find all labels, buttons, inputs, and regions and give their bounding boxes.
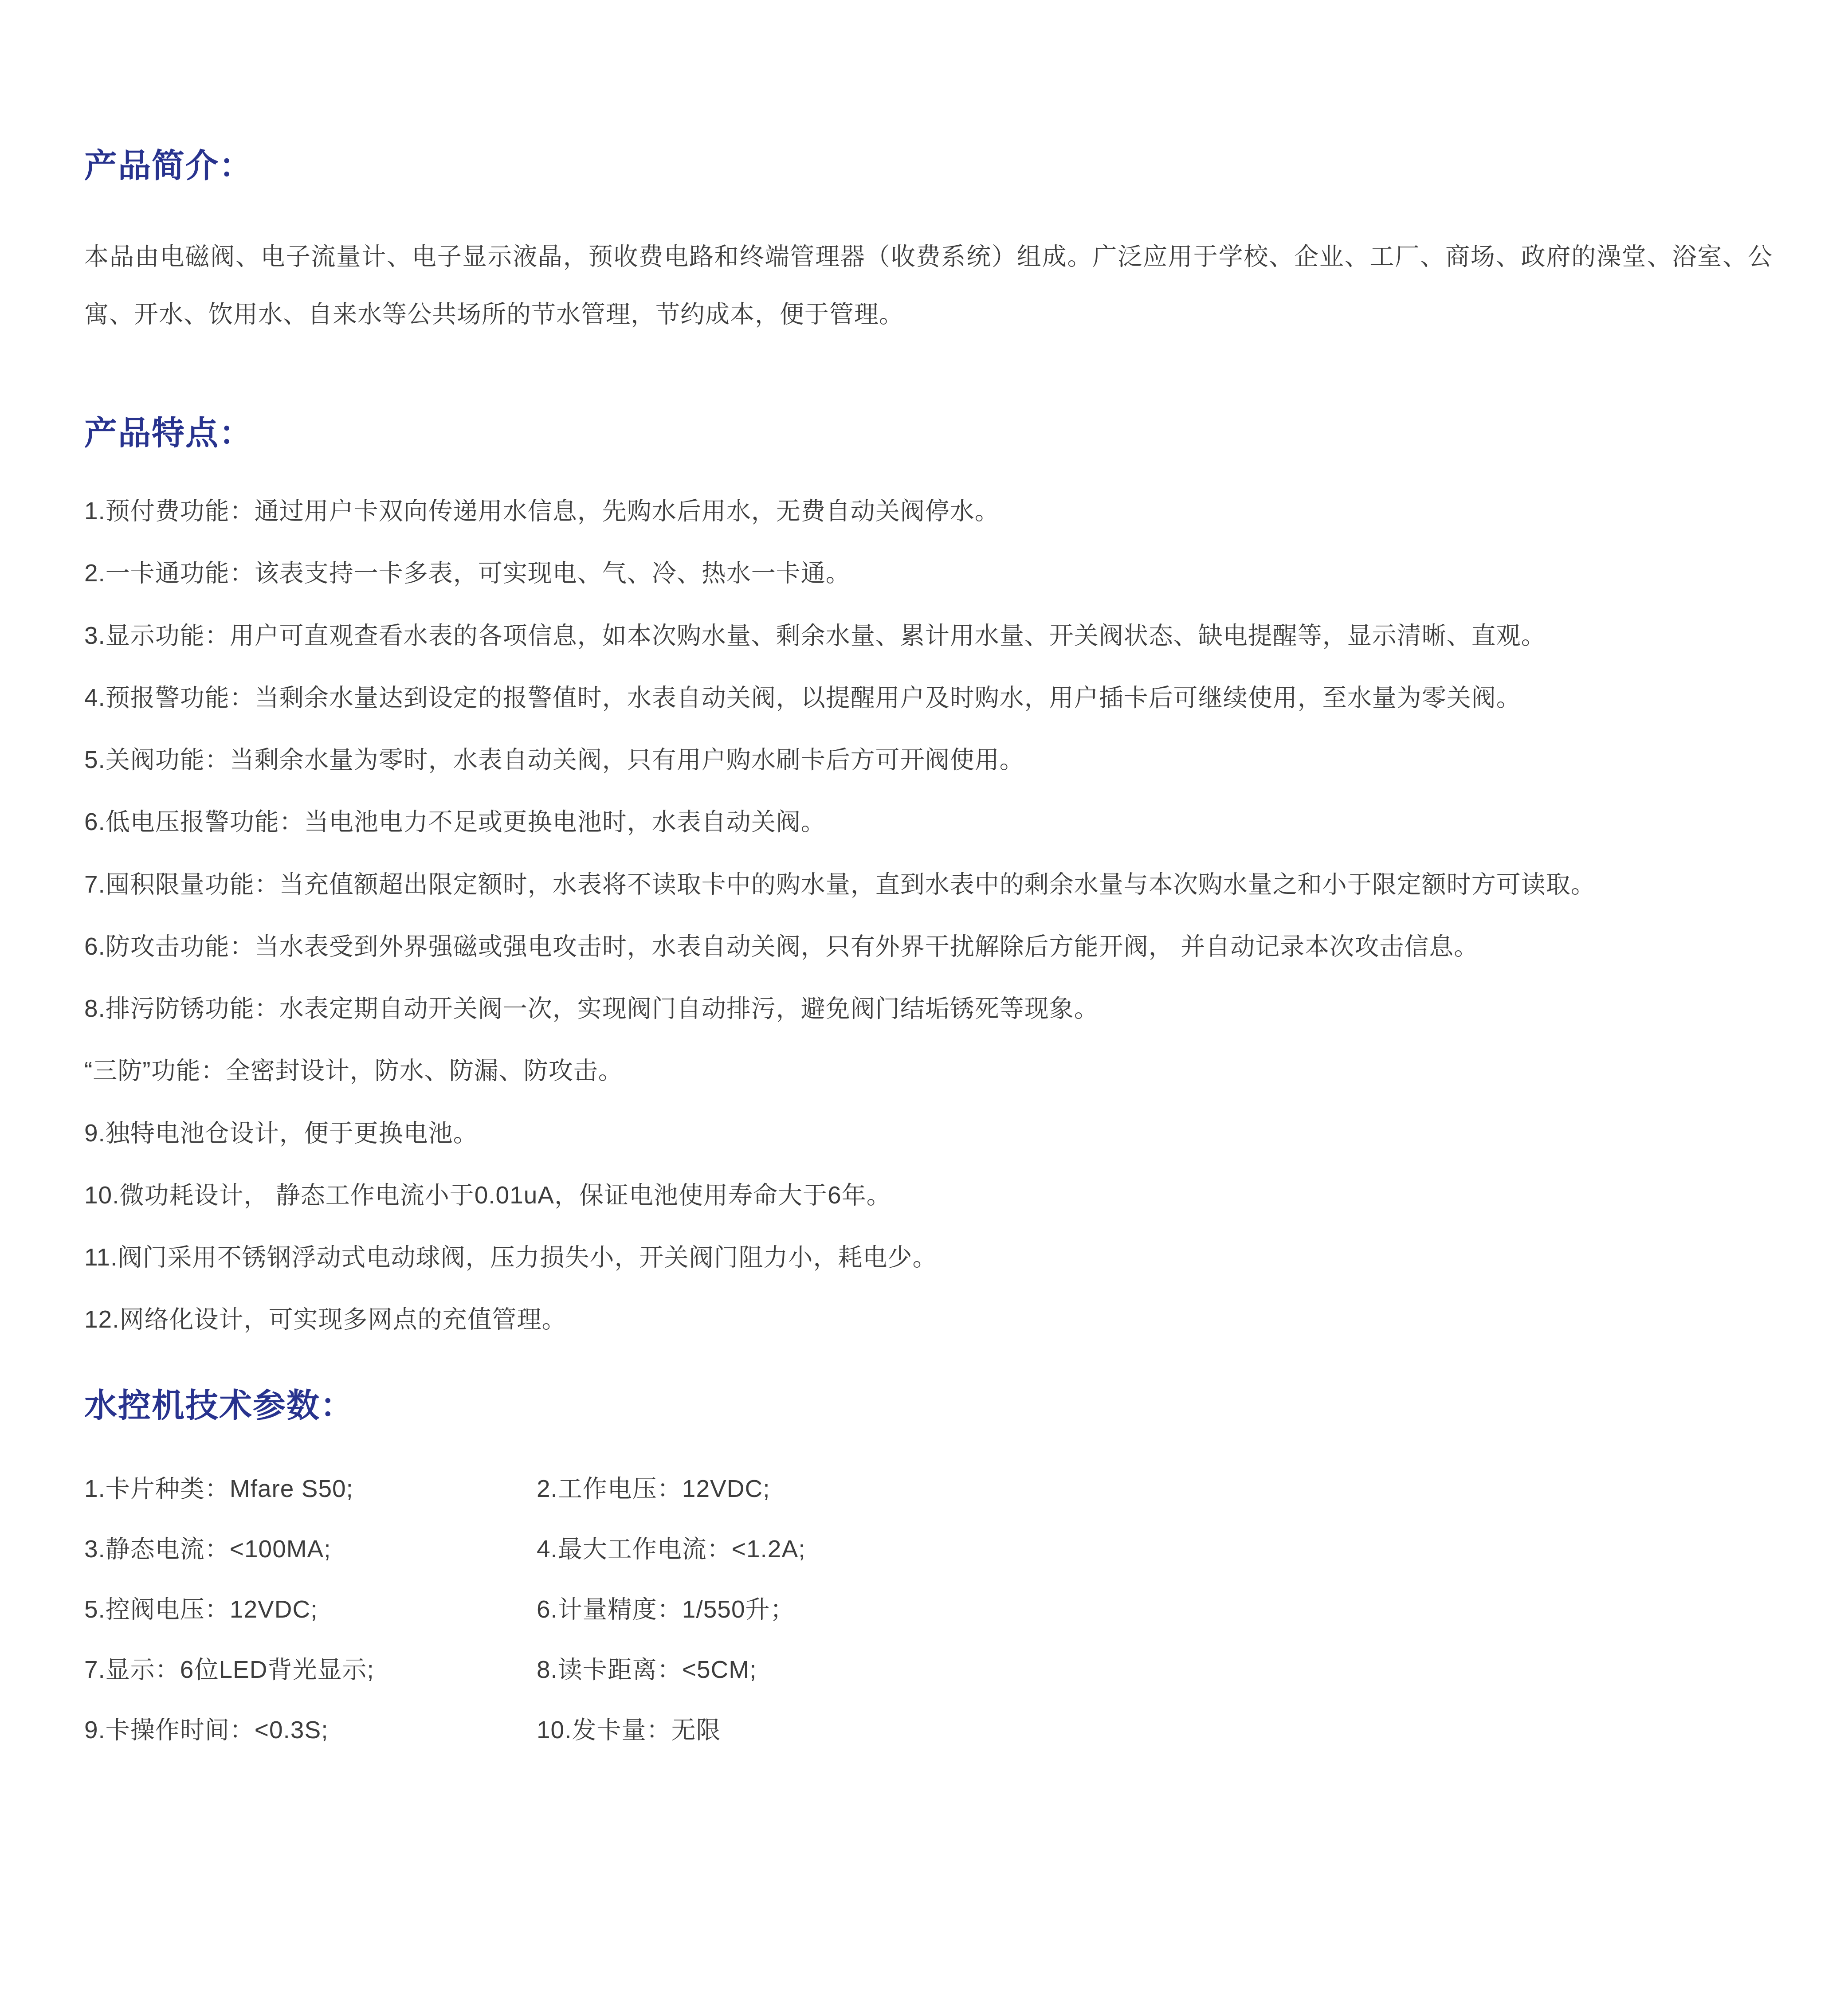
- spec-cell: 3.静态电流：<100MA;: [84, 1534, 537, 1563]
- feature-item: 12.网络化设计，可实现多网点的充值管理。: [84, 1288, 1773, 1350]
- feature-item: 7.囤积限量功能：当充值额超出限定额时，水表将不读取卡中的购水量，直到水表中的剩…: [84, 853, 1773, 915]
- spec-cell: 2.工作电压：12VDC;: [537, 1474, 1773, 1503]
- feature-item: 9.独特电池仓设计，便于更换电池。: [84, 1102, 1773, 1164]
- spec-cell: 9.卡操作时间：<0.3S;: [84, 1715, 537, 1744]
- specs-heading: 水控机技术参数：: [84, 1386, 1773, 1426]
- feature-item: 3.显示功能：用户可直观查看水表的各项信息，如本次购水量、剩余水量、累计用水量、…: [84, 604, 1773, 666]
- spec-cell: 1.卡片种类：Mfare S50;: [84, 1474, 537, 1503]
- spec-cell: 7.显示：6位LED背光显示;: [84, 1655, 537, 1684]
- spec-cell: 8.读卡距离：<5CM;: [537, 1655, 1773, 1684]
- intro-heading: 产品简介：: [84, 146, 1773, 186]
- feature-item: 4.预报警功能：当剩余水量达到设定的报警值时，水表自动关阀，以提醒用户及时购水，…: [84, 666, 1773, 729]
- spec-table: 1.卡片种类：Mfare S50; 2.工作电压：12VDC; 3.静态电流：<…: [84, 1474, 1773, 1744]
- spec-cell: 5.控阀电压：12VDC;: [84, 1595, 537, 1624]
- feature-item: 11.阀门采用不锈钢浮动式电动球阀，压力损失小，开关阀门阻力小，耗电少。: [84, 1226, 1773, 1288]
- spec-cell: 4.最大工作电流：<1.2A;: [537, 1534, 1773, 1563]
- feature-item: 6.防攻击功能：当水表受到外界强磁或强电攻击时，水表自动关阀，只有外界干扰解除后…: [84, 915, 1773, 977]
- feature-item: 5.关阀功能：当剩余水量为零时，水表自动关阀，只有用户购水刷卡后方可开阀使用。: [84, 729, 1773, 791]
- intro-paragraph: 本品由电磁阀、电子流量计、电子显示液晶，预收费电路和终端管理器（收费系统）组成。…: [84, 228, 1773, 343]
- feature-item: 2.一卡通功能：该表支持一卡多表，可实现电、气、冷、热水一卡通。: [84, 542, 1773, 604]
- feature-item: 6.低电压报警功能：当电池电力不足或更换电池时，水表自动关阀。: [84, 791, 1773, 853]
- product-document-page: { "colors": { "heading": "#28338e", "bod…: [0, 0, 1848, 2010]
- feature-item: 8.排污防锈功能：水表定期自动开关阀一次，实现阀门自动排污，避免阀门结垢锈死等现…: [84, 977, 1773, 1039]
- feature-item: 10.微功耗设计， 静态工作电流小于0.01uA，保证电池使用寿命大于6年。: [84, 1164, 1773, 1226]
- feature-item: 1.预付费功能：通过用户卡双向传递用水信息，先购水后用水，无费自动关阀停水。: [84, 480, 1773, 542]
- spec-cell: 10.发卡量：无限: [537, 1715, 1773, 1744]
- feature-item: “三防”功能：全密封设计，防水、防漏、防攻击。: [84, 1039, 1773, 1101]
- feature-list: 1.预付费功能：通过用户卡双向传递用水信息，先购水后用水，无费自动关阀停水。 2…: [84, 480, 1773, 1351]
- spec-cell: 6.计量精度：1/550升；: [537, 1595, 1773, 1624]
- features-heading: 产品特点：: [84, 414, 1773, 453]
